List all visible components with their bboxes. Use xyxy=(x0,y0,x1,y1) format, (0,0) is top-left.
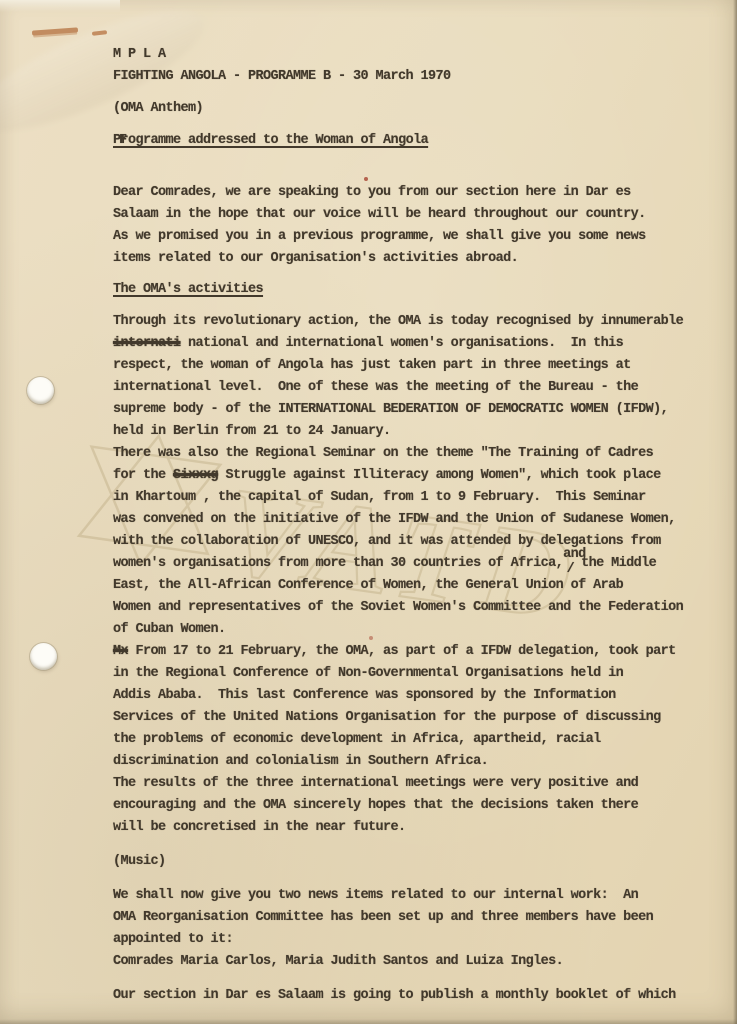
text-line: Comrades Maria Carlos, Maria Judith Sant… xyxy=(113,951,701,973)
text-run: Through its revolutionary action, the OM… xyxy=(113,314,683,329)
text-run: for the xyxy=(113,468,173,483)
text-run: Women and representatives of the Soviet … xyxy=(113,600,683,615)
text-run: Addis Ababa. This last Conference was sp… xyxy=(113,688,616,703)
scan-edge-shadow xyxy=(733,0,737,1024)
text-line: will be concretised in the near future. xyxy=(113,817,701,839)
text-line: Mx From 17 to 21 February, the OMA, as p… xyxy=(113,641,701,663)
text-line: internati national and international wom… xyxy=(113,333,701,355)
text-line: PrFogramme addressed to the Woman of Ang… xyxy=(113,130,701,152)
text-run: international level. One of these was th… xyxy=(113,380,638,395)
text-run: of Cuban Women. xyxy=(113,622,226,637)
paper-sheet: VATD M P L AFIGHTING ANGOLA - PROGRAMME … xyxy=(0,0,737,1024)
music-cue: (Music) xyxy=(113,851,701,873)
text-run: supreme body - of the INTERNATIONAL BEDE… xyxy=(113,402,668,417)
text-line: Salaam in the hope that our voice will b… xyxy=(113,204,701,226)
text-run: OMA Reorganisation Committee has been se… xyxy=(113,910,653,925)
text-run: Salaam in the hope that our voice will b… xyxy=(113,207,646,222)
org-name: M P L A xyxy=(113,44,701,66)
text-line: discrimination and colonialism in Southe… xyxy=(113,751,701,773)
text-run: (OMA Anthem) xyxy=(113,101,203,116)
text-run: ogramme addressed to the Woman of Angola xyxy=(128,133,428,148)
text-run: We shall now give you two news items rel… xyxy=(113,888,638,903)
text-strike: Mx xyxy=(113,644,128,659)
text-line: Dear Comrades, we are speaking to you fr… xyxy=(113,182,701,204)
text-run: The OMA's activities xyxy=(113,282,263,297)
text-line: items related to our Organisation's acti… xyxy=(113,248,701,270)
programme-header: FIGHTING ANGOLA - PROGRAMME B - 30 March… xyxy=(113,66,701,88)
text-run: encouraging and the OMA sincerely hopes … xyxy=(113,798,638,813)
text-caret: / xyxy=(567,559,575,581)
text-line: FIGHTING ANGOLA - PROGRAMME B - 30 March… xyxy=(113,66,701,88)
text-run: M P L A xyxy=(113,47,166,62)
text-run: East, the All-African Conference of Wome… xyxy=(113,578,623,593)
text-run: national and international women's organ… xyxy=(181,336,624,351)
text-line: international level. One of these was th… xyxy=(113,377,701,399)
document-body: M P L AFIGHTING ANGOLA - PROGRAMME B - 3… xyxy=(113,44,701,1007)
internal-news-paragraph: We shall now give you two news items rel… xyxy=(113,885,701,973)
text-line: Women and representatives of the Soviet … xyxy=(113,597,701,619)
text-line: women's organisations from more than 30 … xyxy=(113,553,701,575)
text-line: was convened on the initiative of the IF… xyxy=(113,509,701,531)
text-line: held in Berlin from 21 to 24 January. xyxy=(113,421,701,443)
text-line: respect, the woman of Angola has just ta… xyxy=(113,355,701,377)
scan-edge-shadow xyxy=(0,1019,737,1024)
text-line: appointed to it: xyxy=(113,929,701,951)
text-line: The results of the three international m… xyxy=(113,773,701,795)
text-line: As we promised you in a previous program… xyxy=(113,226,701,248)
text-run: appointed to it: xyxy=(113,932,233,947)
text-run: FIGHTING ANGOLA - PROGRAMME B - 30 March… xyxy=(113,69,451,84)
text-strike: internati xyxy=(113,336,181,351)
text-line: in the Regional Conference of Non-Govern… xyxy=(113,663,701,685)
text-line: (OMA Anthem) xyxy=(113,98,701,120)
intro-paragraph: Dear Comrades, we are speaking to you fr… xyxy=(113,182,701,270)
text-run: respect, the woman of Angola has just ta… xyxy=(113,358,631,373)
text-line: with the collaboration of UNESCO, and it… xyxy=(113,531,701,553)
text-run: the Middle xyxy=(581,556,656,571)
programme-title: PrFogramme addressed to the Woman of Ang… xyxy=(113,130,701,152)
text-run: Our section in Dar es Salaam is going to… xyxy=(113,988,676,1003)
text-line: The OMA's activities xyxy=(113,279,701,301)
text-run: The results of the three international m… xyxy=(113,776,638,791)
text-line: Addis Ababa. This last Conference was sp… xyxy=(113,685,701,707)
anthem-cue: (OMA Anthem) xyxy=(113,98,701,120)
text-line: Services of the United Nations Organisat… xyxy=(113,707,701,729)
punch-hole xyxy=(30,643,57,670)
text-line: We shall now give you two news items rel… xyxy=(113,885,701,907)
ink-speck xyxy=(364,177,368,181)
activities-paragraph: Through its revolutionary action, the OM… xyxy=(113,311,701,839)
text-line: for the Sixxxg Struggle against Illitera… xyxy=(113,465,701,487)
text-run: From 17 to 21 February, the OMA, as part… xyxy=(128,644,676,659)
scan-edge-highlight xyxy=(0,0,120,12)
text-run: in Khartoum , the capital of Sudan, from… xyxy=(113,490,646,505)
ink-speck xyxy=(369,636,373,640)
text-run: the problems of economic development in … xyxy=(113,732,601,747)
text-run: discrimination and colonialism in Southe… xyxy=(113,754,488,769)
text-line: East, the All-African Conference of Wome… xyxy=(113,575,701,597)
text-line: Our section in Dar es Salaam is going to… xyxy=(113,985,701,1007)
text-line: There was also the Regional Seminar on t… xyxy=(113,443,701,465)
text-run: (Music) xyxy=(113,854,166,869)
text-run: Comrades Maria Carlos, Maria Judith Sant… xyxy=(113,954,563,969)
booklet-paragraph: Our section in Dar es Salaam is going to… xyxy=(113,985,701,1007)
text-line: of Cuban Women. xyxy=(113,619,701,641)
text-strike: Sixxxg xyxy=(173,468,218,483)
text-run: There was also the Regional Seminar on t… xyxy=(113,446,653,461)
text-run: will be concretised in the near future. xyxy=(113,820,406,835)
text-line: in Khartoum , the capital of Sudan, from… xyxy=(113,487,701,509)
text-run: Dear Comrades, we are speaking to you fr… xyxy=(113,185,631,200)
text-line: Through its revolutionary action, the OM… xyxy=(113,311,701,333)
text-line: supreme body - of the INTERNATIONAL BEDE… xyxy=(113,399,701,421)
text-line: (Music) xyxy=(113,851,701,873)
text-run: Services of the United Nations Organisat… xyxy=(113,710,661,725)
text-line: OMA Reorganisation Committee has been se… xyxy=(113,907,701,929)
rust-stain xyxy=(32,27,78,35)
text-run: was convened on the initiative of the IF… xyxy=(113,512,676,527)
text-run: As we promised you in a previous program… xyxy=(113,229,646,244)
scanned-document-page: VATD M P L AFIGHTING ANGOLA - PROGRAMME … xyxy=(0,0,737,1024)
text-run: Struggle against Illiteracy among Women"… xyxy=(218,468,661,483)
text-run: women's organisations from more than 30 … xyxy=(113,556,563,571)
text-line: encouraging and the OMA sincerely hopes … xyxy=(113,795,701,817)
text-run: in the Regional Conference of Non-Govern… xyxy=(113,666,623,681)
text-line: the problems of economic development in … xyxy=(113,729,701,751)
text-run: held in Berlin from 21 to 24 January. xyxy=(113,424,391,439)
text-line: M P L A xyxy=(113,44,701,66)
punch-hole xyxy=(27,377,54,404)
text-run: items related to our Organisation's acti… xyxy=(113,251,518,266)
section-heading: The OMA's activities xyxy=(113,279,701,301)
